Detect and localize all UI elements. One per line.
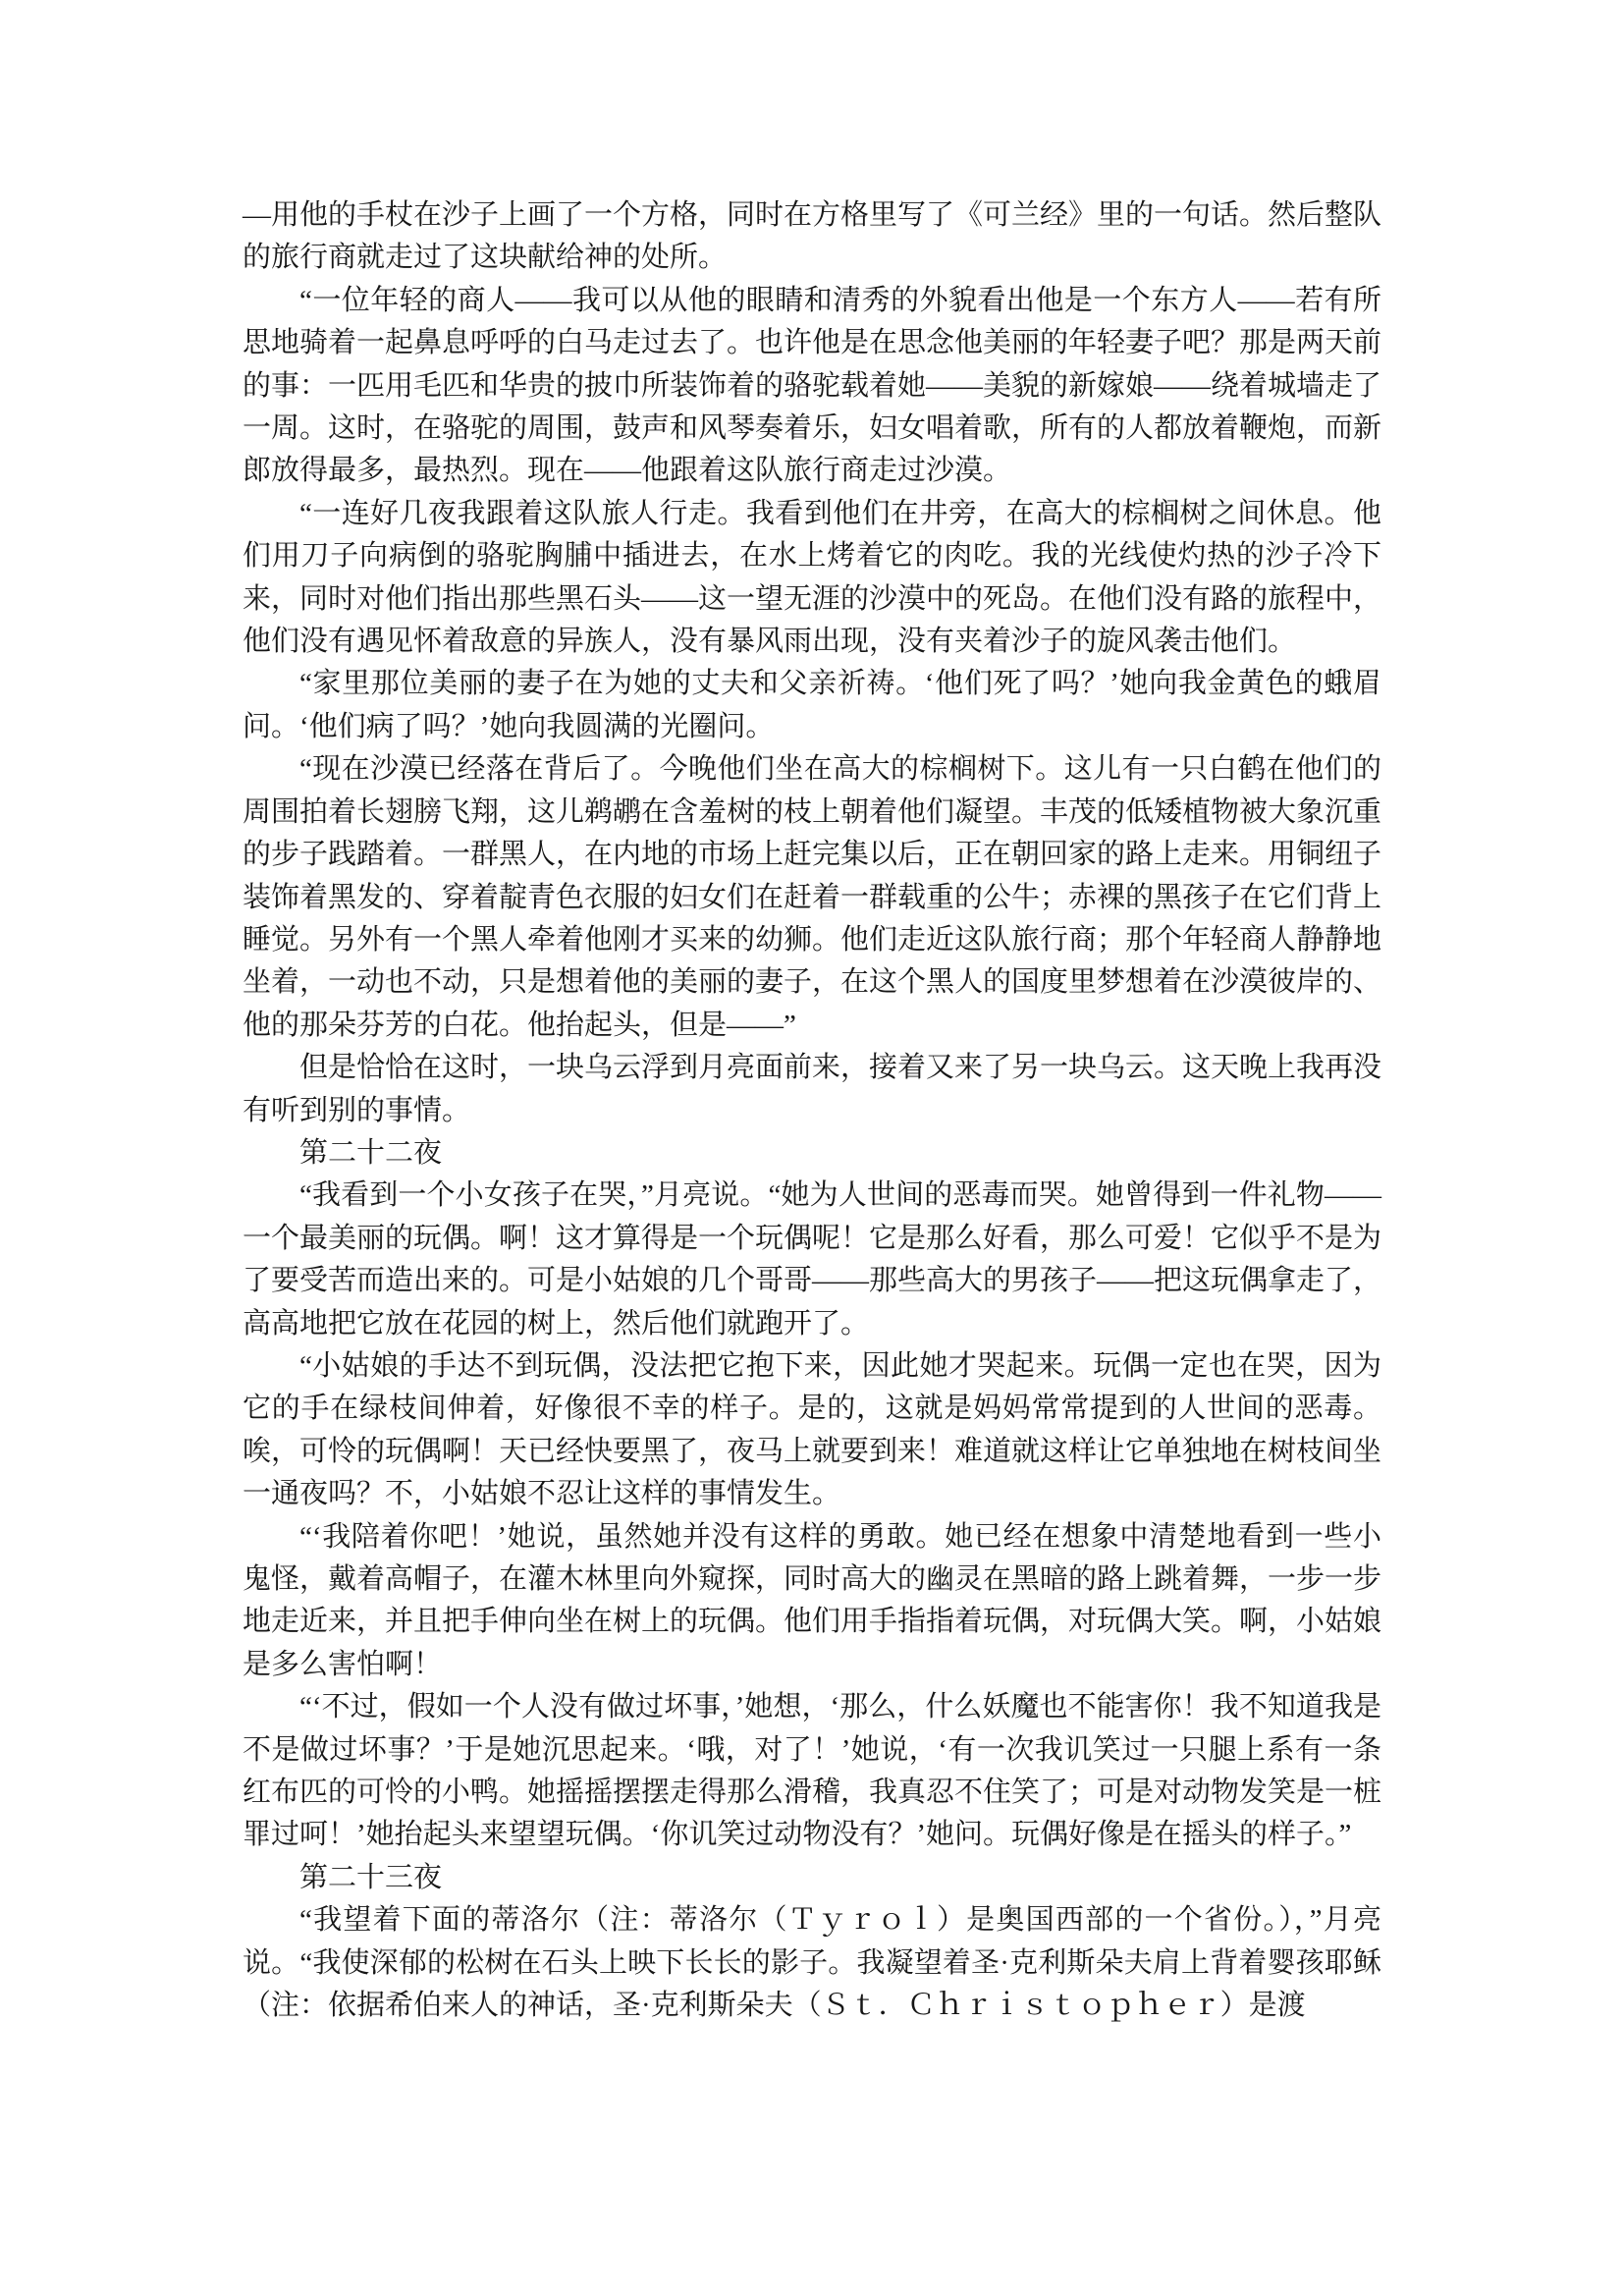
- paragraph: —用他的手杖在沙子上画了一个方格，同时在方格里写了《可兰经》里的一句话。然后整队…: [243, 194, 1381, 280]
- paragraph: “一连好几夜我跟着这队旅人行走。我看到他们在井旁，在高大的棕榈树之间休息。他们用…: [243, 493, 1381, 664]
- paragraph: “我望着下面的蒂洛尔（注：蒂洛尔（Ｔｙｒｏｌ）是奥国西部的一个省份。），”月亮说…: [243, 1899, 1381, 2027]
- paragraph: “家里那位美丽的妻子在为她的丈夫和父亲祈祷。‘他们死了吗？’她向我金黄色的蛾眉问…: [243, 663, 1381, 748]
- document-page: —用他的手杖在沙子上画了一个方格，同时在方格里写了《可兰经》里的一句话。然后整队…: [0, 0, 1623, 2296]
- text-block: —用他的手杖在沙子上画了一个方格，同时在方格里写了《可兰经》里的一句话。然后整队…: [243, 194, 1381, 2027]
- paragraph: “现在沙漠已经落在背后了。今晚他们坐在高大的棕榈树下。这儿有一只白鹤在他们的周围…: [243, 748, 1381, 1047]
- night-heading: 第二十二夜: [243, 1132, 1381, 1175]
- paragraph: “‘不过，假如一个人没有做过坏事，’她想，‘那么，什么妖魔也不能害你！我不知道我…: [243, 1686, 1381, 1857]
- night-heading: 第二十三夜: [243, 1857, 1381, 1899]
- paragraph: 但是恰恰在这时，一块乌云浮到月亮面前来，接着又来了另一块乌云。这天晚上我再没有听…: [243, 1047, 1381, 1132]
- paragraph: “一位年轻的商人——我可以从他的眼睛和清秀的外貌看出他是一个东方人——若有所思地…: [243, 280, 1381, 493]
- paragraph: “‘我陪着你吧！’她说，虽然她并没有这样的勇敢。她已经在想象中清楚地看到一些小鬼…: [243, 1516, 1381, 1687]
- paragraph: “小姑娘的手达不到玩偶，没法把它抱下来，因此她才哭起来。玩偶一定也在哭，因为它的…: [243, 1345, 1381, 1516]
- paragraph: “我看到一个小女孩子在哭，”月亮说。“她为人世间的恶毒而哭。她曾得到一件礼物——…: [243, 1175, 1381, 1345]
